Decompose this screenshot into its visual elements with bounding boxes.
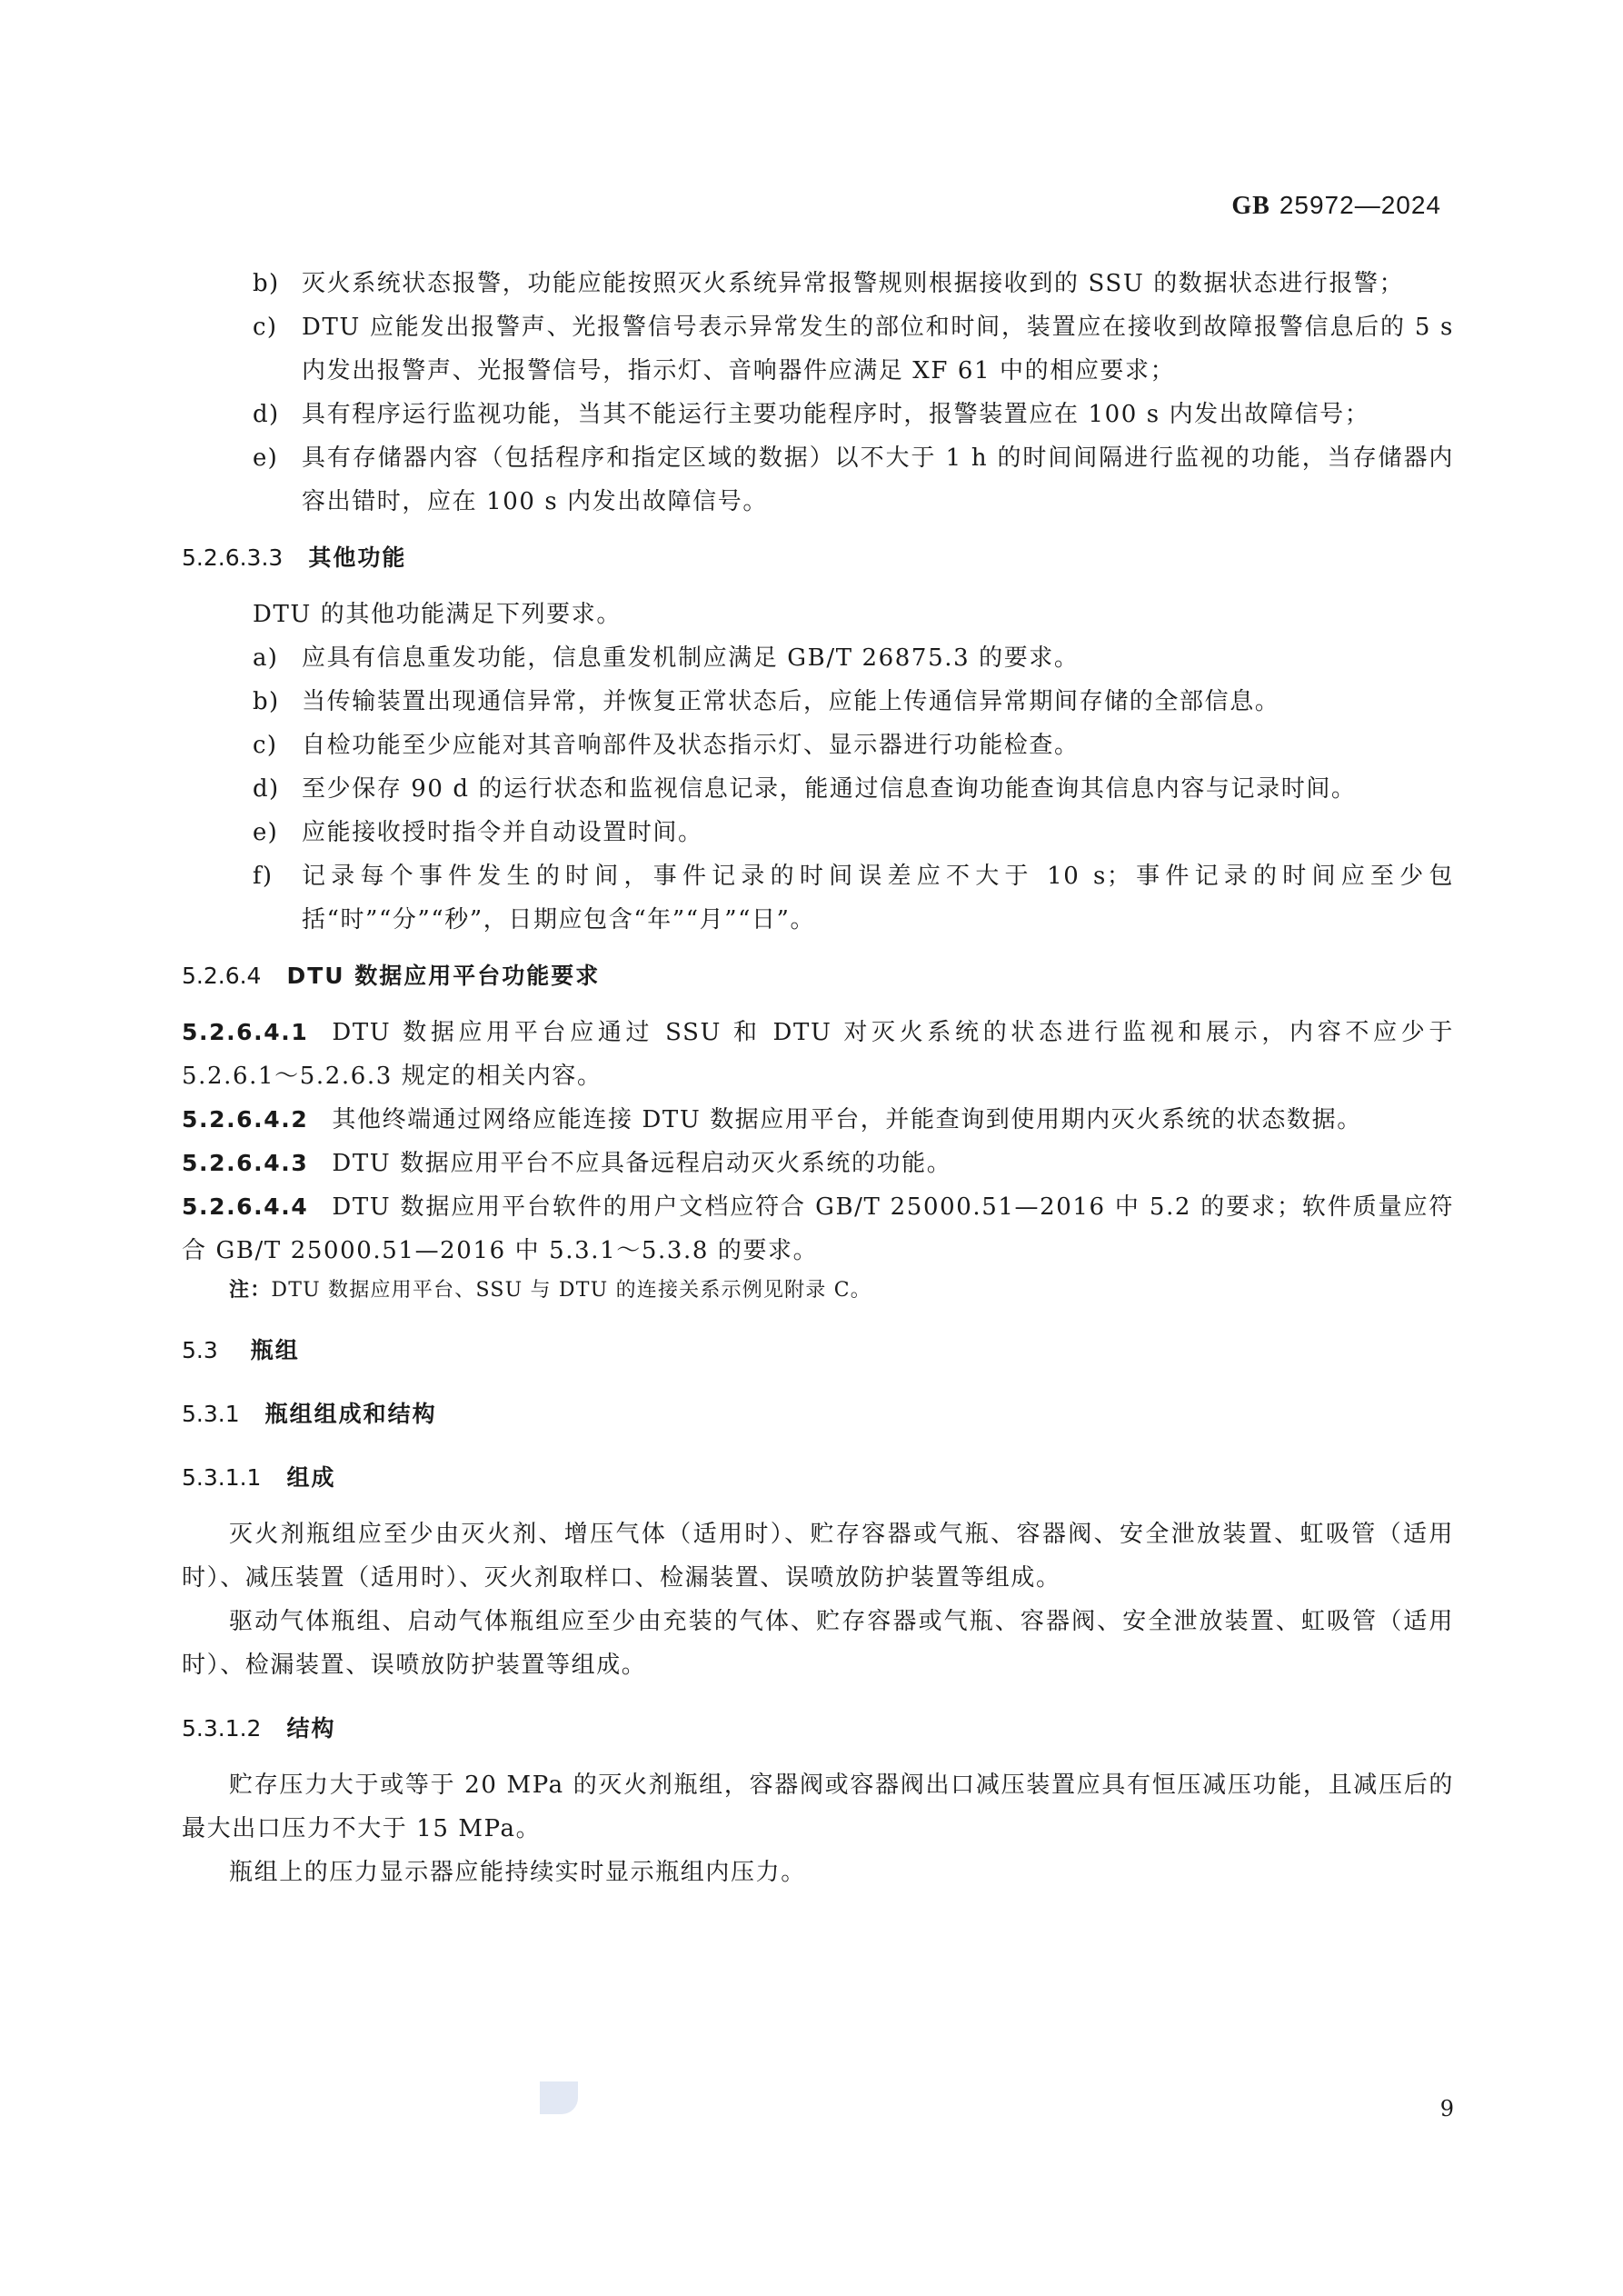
list-item-text: 应具有信息重发功能，信息重发机制应满足 GB/T 26875.3 的要求。 <box>302 636 1454 680</box>
section-heading-5-3-1: 5.3.1瓶组组成和结构 <box>182 1393 1454 1436</box>
list-item-text: 灭火系统状态报警，功能应能按照灭火系统异常报警规则根据接收到的 SSU 的数据状… <box>302 262 1454 305</box>
structure-paragraphs: 贮存压力大于或等于 20 MPa 的灭火剂瓶组，容器阀或容器阀出口减压装置应具有… <box>182 1763 1454 1894</box>
clause: 5.2.6.4.4DTU 数据应用平台软件的用户文档应符合 GB/T 25000… <box>182 1185 1454 1273</box>
note: 注：DTU 数据应用平台、SSU 与 DTU 的连接关系示例见附录 C。 <box>182 1273 1454 1309</box>
list-item: b) 当传输装置出现通信异常，并恢复正常状态后，应能上传通信异常期间存储的全部信… <box>253 680 1454 724</box>
list-item-label: b) <box>253 680 279 724</box>
paragraph: 瓶组上的压力显示器应能持续实时显示瓶组内压力。 <box>182 1851 1454 1894</box>
list-item: e) 应能接收授时指令并自动设置时间。 <box>253 811 1454 854</box>
page-number: 9 <box>1440 2096 1454 2121</box>
list-item-label: e) <box>253 811 278 854</box>
list-item: a) 应具有信息重发功能，信息重发机制应满足 GB/T 26875.3 的要求。 <box>253 636 1454 680</box>
standard-prefix: GB <box>1231 192 1270 220</box>
document-body: b) 灭火系统状态报警，功能应能按照灭火系统异常报警规则根据接收到的 SSU 的… <box>253 262 1454 1894</box>
paragraph: 驱动气体瓶组、启动气体瓶组应至少由充装的气体、贮存容器或气瓶、容器阀、安全泄放装… <box>182 1600 1454 1687</box>
list-item-text: 记录每个事件发生的时间，事件记录的时间误差应不大于 10 s；事件记录的时间应至… <box>302 854 1454 942</box>
section-heading-5-3-1-1: 5.3.1.1组成 <box>182 1456 1454 1500</box>
section-title: 瓶组 <box>251 1337 300 1363</box>
paragraph: 灭火剂瓶组应至少由灭火剂、增压气体（适用时）、贮存容器或气瓶、容器阀、安全泄放装… <box>182 1512 1454 1600</box>
standard-code: GB25972—2024 <box>1231 191 1441 221</box>
paragraph: 贮存压力大于或等于 20 MPa 的灭火剂瓶组，容器阀或容器阀出口减压装置应具有… <box>182 1763 1454 1851</box>
section-title: 其他功能 <box>308 544 406 571</box>
platform-clauses: 5.2.6.4.1DTU 数据应用平台应通过 SSU 和 DTU 对灭火系统的状… <box>182 1011 1454 1309</box>
list-item-label: f) <box>253 854 273 898</box>
list-item-text: 具有程序运行监视功能，当其不能运行主要功能程序时，报警装置应在 100 s 内发… <box>302 393 1454 436</box>
clause: 5.2.6.4.2其他终端通过网络应能连接 DTU 数据应用平台，并能查询到使用… <box>182 1098 1454 1142</box>
clause: 5.2.6.4.1DTU 数据应用平台应通过 SSU 和 DTU 对灭火系统的状… <box>182 1011 1454 1098</box>
clause-text: 其他终端通过网络应能连接 DTU 数据应用平台，并能查询到使用期内灭火系统的状态… <box>332 1106 1361 1133</box>
document-page: GB25972—2024 b) 灭火系统状态报警，功能应能按照灭火系统异常报警规… <box>0 0 1623 2296</box>
list-item: d) 至少保存 90 d 的运行状态和监视信息记录，能通过信息查询功能查询其信息… <box>253 767 1454 811</box>
section-intro: DTU 的其他功能满足下列要求。 <box>253 593 1454 636</box>
section-title: 瓶组组成和结构 <box>265 1401 437 1427</box>
alarm-function-list: b) 灭火系统状态报警，功能应能按照灭火系统异常报警规则根据接收到的 SSU 的… <box>253 262 1454 524</box>
section-number: 5.2.6.3.3 <box>182 536 283 580</box>
list-item-label: b) <box>253 262 279 305</box>
clause-number: 5.2.6.4.4 <box>182 1193 308 1220</box>
standard-number: 25972—2024 <box>1279 191 1441 219</box>
clause-text: DTU 数据应用平台应通过 SSU 和 DTU 对灭火系统的状态进行监视和展示，… <box>182 1019 1454 1090</box>
note-label: 注： <box>229 1279 271 1302</box>
other-functions-list: a) 应具有信息重发功能，信息重发机制应满足 GB/T 26875.3 的要求。… <box>253 636 1454 942</box>
section-heading-5-3-1-2: 5.3.1.2结构 <box>182 1707 1454 1751</box>
note-text: DTU 数据应用平台、SSU 与 DTU 的连接关系示例见附录 C。 <box>271 1279 871 1302</box>
list-item: c) DTU 应能发出报警声、光报警信号表示异常发生的部位和时间，装置应在接收到… <box>253 305 1454 393</box>
list-item-label: d) <box>253 393 279 436</box>
list-item-text: 自检功能至少应能对其音响部件及状态指示灯、显示器进行功能检查。 <box>302 724 1454 767</box>
section-number: 5.3.1.2 <box>182 1707 261 1751</box>
section-title: 组成 <box>286 1464 335 1491</box>
list-item-label: c) <box>253 724 277 767</box>
section-number: 5.3.1.1 <box>182 1456 261 1500</box>
section-title: 结构 <box>286 1715 335 1742</box>
list-item-text: DTU 应能发出报警声、光报警信号表示异常发生的部位和时间，装置应在接收到故障报… <box>302 305 1454 393</box>
list-item: f) 记录每个事件发生的时间，事件记录的时间误差应不大于 10 s；事件记录的时… <box>253 854 1454 942</box>
clause-number: 5.2.6.4.3 <box>182 1150 308 1176</box>
section-heading-5-2-6-3-3: 5.2.6.3.3其他功能 <box>182 536 1454 580</box>
list-item-text: 当传输装置出现通信异常，并恢复正常状态后，应能上传通信异常期间存储的全部信息。 <box>302 680 1454 724</box>
list-item-label: e) <box>253 436 278 480</box>
list-item: c) 自检功能至少应能对其音响部件及状态指示灯、显示器进行功能检查。 <box>253 724 1454 767</box>
clause-text: DTU 数据应用平台不应具备远程启动灭火系统的功能。 <box>332 1150 951 1177</box>
section-title: DTU 数据应用平台功能要求 <box>286 963 600 989</box>
section-number: 5.3.1 <box>182 1393 240 1436</box>
list-item-label: a) <box>253 636 278 680</box>
list-item-text: 应能接收授时指令并自动设置时间。 <box>302 811 1454 854</box>
section-number: 5.2.6.4 <box>182 954 261 998</box>
list-item-text: 具有存储器内容（包括程序和指定区域的数据）以不大于 1 h 的时间间隔进行监视的… <box>302 436 1454 524</box>
clause: 5.2.6.4.3DTU 数据应用平台不应具备远程启动灭火系统的功能。 <box>182 1142 1454 1185</box>
list-item: e) 具有存储器内容（包括程序和指定区域的数据）以不大于 1 h 的时间间隔进行… <box>253 436 1454 524</box>
list-item: d) 具有程序运行监视功能，当其不能运行主要功能程序时，报警装置应在 100 s… <box>253 393 1454 436</box>
section-heading-5-2-6-4: 5.2.6.4DTU 数据应用平台功能要求 <box>182 954 1454 998</box>
list-item-text: 至少保存 90 d 的运行状态和监视信息记录，能通过信息查询功能查询其信息内容与… <box>302 767 1454 811</box>
section-number: 5.3 <box>182 1329 218 1373</box>
watermark-mark <box>540 2081 578 2114</box>
list-item-label: c) <box>253 305 277 349</box>
list-item: b) 灭火系统状态报警，功能应能按照灭火系统异常报警规则根据接收到的 SSU 的… <box>253 262 1454 305</box>
clause-number: 5.2.6.4.1 <box>182 1019 308 1045</box>
clause-text: DTU 数据应用平台软件的用户文档应符合 GB/T 25000.51—2016 … <box>182 1193 1454 1264</box>
section-heading-5-3: 5.3瓶组 <box>182 1329 1454 1373</box>
list-item-label: d) <box>253 767 279 811</box>
clause-number: 5.2.6.4.2 <box>182 1106 308 1133</box>
composition-paragraphs: 灭火剂瓶组应至少由灭火剂、增压气体（适用时）、贮存容器或气瓶、容器阀、安全泄放装… <box>182 1512 1454 1687</box>
